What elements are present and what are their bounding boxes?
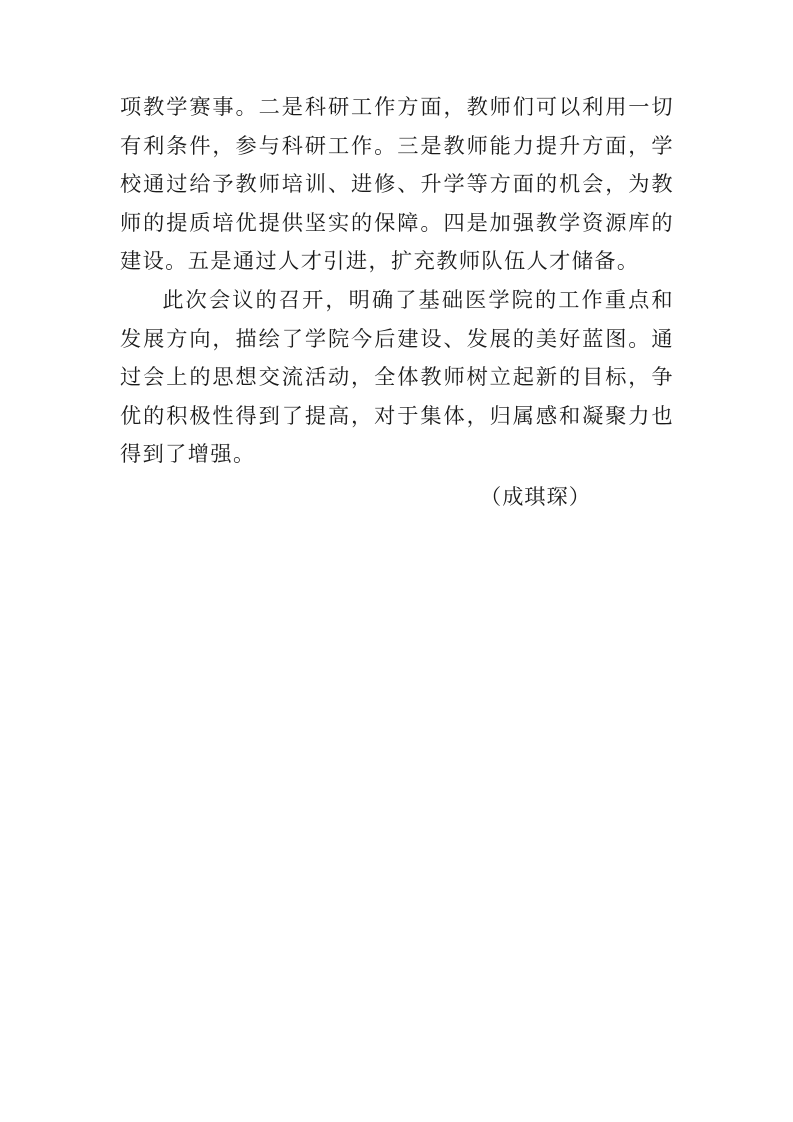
author-signature: （成琪琛） (480, 478, 591, 517)
paragraph-conclusion: 此次会议的召开，明确了基础医学院的工作重点和发展方向，描绘了学院今后建设、发展的… (120, 281, 674, 474)
document-body: 项教学赛事。二是科研工作方面，教师们可以利用一切有利条件，参与科研工作。三是教师… (120, 88, 674, 474)
paragraph-continued: 项教学赛事。二是科研工作方面，教师们可以利用一切有利条件，参与科研工作。三是教师… (120, 88, 674, 281)
